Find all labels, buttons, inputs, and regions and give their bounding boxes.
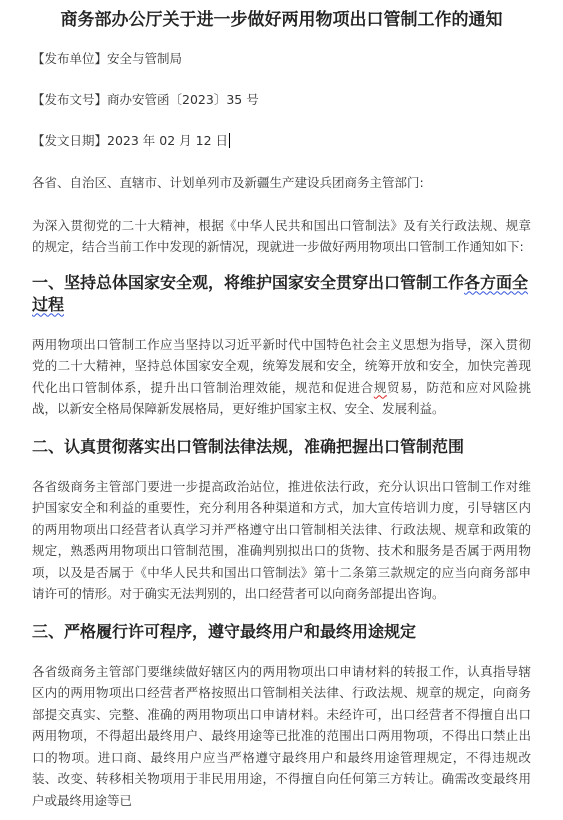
text-cursor [229, 133, 230, 148]
section-2-heading: 二、认真贯彻落实出口管制法律法规，准确把握出口管制范围 [32, 436, 531, 458]
meta-docno-label: 【发布文号】 [32, 92, 107, 107]
section-1-heading: 一、坚持总体国家安全观，将维护国家安全贯穿出口管制工作各方面全过程 [32, 272, 531, 316]
salutation: 各省、自治区、直辖市、计划单列市及新疆生产建设兵团商务主管部门: [32, 172, 531, 194]
document-title: 商务部办公厅关于进一步做好两用物项出口管制工作的通知 [32, 0, 531, 31]
meta-date-label: 【发文日期】 [32, 133, 107, 148]
meta-date-value: 2023 年 02 月 12 日 [107, 133, 228, 148]
meta-docno-value: 商办安管函〔2023〕35 号 [107, 92, 259, 107]
meta-document-number: 【发布文号】商办安管函〔2023〕35 号 [32, 91, 531, 109]
meta-unit-value: 安全与管制局 [107, 51, 182, 66]
intro-paragraph: 为深入贯彻党的二十大精神，根据《中华人民共和国出口管制法》及有关行政法规、规章的… [32, 215, 531, 258]
section-3-body: 各省级商务主管部门要继续做好辖区内的两用物项出口申请材料的转报工作，认真指导辖区… [32, 661, 531, 812]
section-1-heading-text: 一、坚持总体国家安全观，将维护国家安全贯穿出口管制工作 [32, 273, 464, 292]
meta-issue-date: 【发文日期】2023 年 02 月 12 日 [32, 132, 531, 150]
section-1-body: 两用物项出口管制工作应当坚持以习近平新时代中国特色社会主义思想为指导，深入贯彻党… [32, 334, 531, 420]
section-2-body: 各省级商务主管部门要进一步提高政治站位，推进依法行政，充分认识出口管制工作对维护… [32, 476, 531, 605]
meta-publishing-unit: 【发布单位】安全与管制局 [32, 50, 531, 68]
meta-unit-label: 【发布单位】 [32, 51, 107, 66]
spelling-flag-underline[interactable]: 规 [374, 380, 387, 395]
section-3-heading: 三、严格履行许可程序，遵守最终用户和最终用途规定 [32, 621, 531, 643]
document-page[interactable]: 商务部办公厅关于进一步做好两用物项出口管制工作的通知 【发布单位】安全与管制局 … [0, 0, 563, 820]
